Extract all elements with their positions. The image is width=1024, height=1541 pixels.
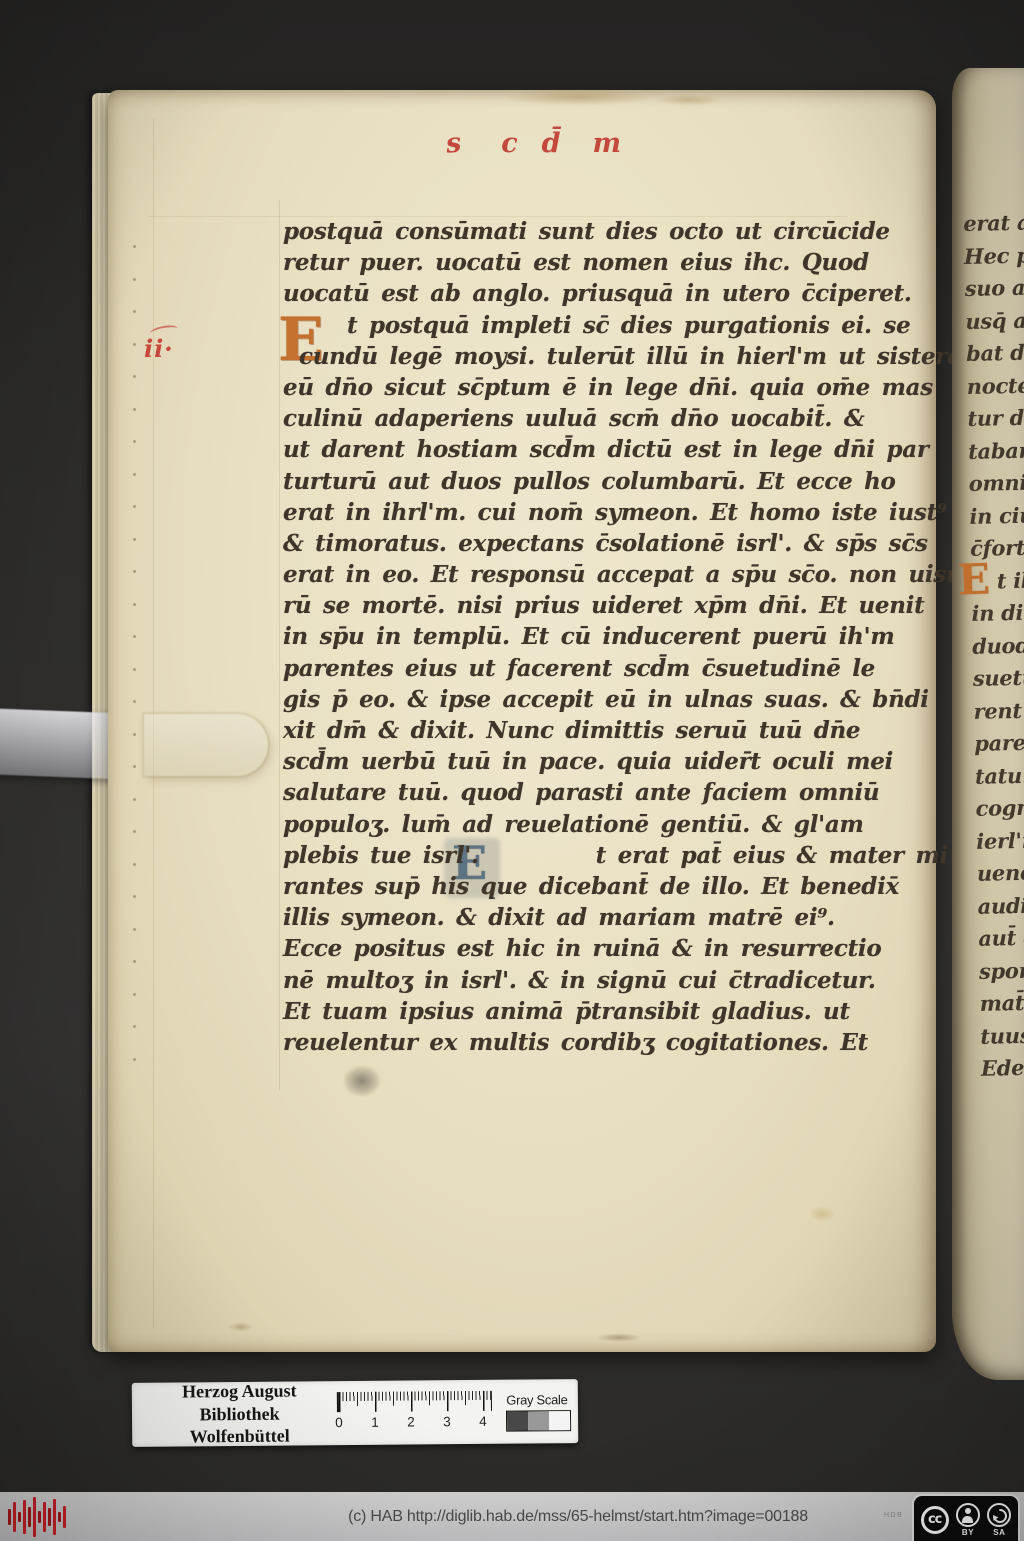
manuscript-line: parentes eius ut facerent scd̄m c̄suetud…	[283, 653, 931, 684]
prick-dot	[133, 603, 136, 606]
manuscript-line: plebis tue isrl'. t erat pat̄ eius & mat…	[283, 840, 931, 871]
manuscript-line: & timoratus. expectans c̄solationē isrl'…	[283, 528, 931, 559]
library-name-block: Herzog August Bibliothek Wolfenbüttel	[146, 1379, 334, 1448]
prick-dot	[133, 700, 136, 703]
prick-dot	[133, 765, 136, 768]
rubric-letter: m	[593, 128, 622, 159]
watermark-text: HDB	[884, 1512, 903, 1519]
library-name: Herzog August Bibliothek	[146, 1379, 333, 1426]
sliver-line: uener̄t illū	[977, 856, 1024, 890]
prick-dot	[133, 310, 136, 313]
sliver-line: ierl'm requi	[976, 824, 1024, 858]
prick-dot	[133, 993, 136, 996]
sliver-line: duodecim.	[972, 629, 1024, 663]
manuscript-line: t postquā impleti sc̄ dies purgationis e…	[283, 310, 931, 341]
sliver-line: tabant r	[968, 434, 1024, 468]
prick-dot	[133, 960, 136, 963]
manuscript-line: turturū aut duos pullos columbarū. Et ec…	[283, 466, 931, 497]
manuscript-line: postquā consūmati sunt dies octo ut circ…	[283, 216, 931, 247]
sliver-initial-e: E	[957, 557, 991, 602]
prick-dot	[133, 408, 136, 411]
prick-dot	[133, 473, 136, 476]
manuscript-line: cundū legē moysi. tulerūt illū in hierl'…	[283, 341, 931, 372]
ink-smudge	[344, 1066, 380, 1096]
manuscript-line: erat in eo. Et responsū accepat a sp̄u s…	[283, 559, 931, 590]
sliver-text: erat anHec pcelsuo annusq̄ adabat de ten…	[963, 206, 1024, 1085]
rubric-letter: d̄	[542, 128, 561, 159]
manuscript-line: scd̄m uerbū tuū in pace. quia uider̄t oc…	[283, 746, 931, 777]
stain	[228, 1322, 254, 1332]
sliver-line: audientē ill	[977, 889, 1024, 923]
manuscript-line: erat in ihrl'm. cui nom̄ symeon. Et homo…	[283, 497, 931, 528]
prick-dot	[133, 375, 136, 378]
sliver-line: Edest quod m	[981, 1051, 1024, 1085]
right-page-sliver: erat anHec pcelsuo annusq̄ adabat de ten…	[952, 68, 1024, 1380]
prick-dot	[133, 1025, 136, 1028]
prick-dot	[133, 830, 136, 833]
ruler-ticks	[337, 1391, 492, 1412]
manuscript-line: uocatū est ab anglo. priusquā in utero c…	[283, 278, 931, 309]
manuscript-line: illis symeon. & dixit ad mariam matrē ei…	[283, 902, 931, 933]
manuscript-line: gis p̄ eo. & ipse accepit eū in ulnas su…	[283, 684, 931, 715]
photo-background: scd̄m ii· E E postquā consūmati sunt die…	[0, 0, 1024, 1541]
strip-emboss	[144, 714, 268, 776]
footer-bar: (c) HAB http://diglib.hab.de/mss/65-helm…	[0, 1492, 1024, 1541]
manuscript-line: Et tuam ipsius animā p̄transibit gladius…	[283, 996, 931, 1027]
stain	[656, 94, 722, 106]
manuscript-line: in sp̄u in templū. Et cū inducerent puer…	[283, 621, 931, 652]
calibration-label: Herzog August Bibliothek Wolfenbüttel 01…	[132, 1379, 579, 1447]
sa-arrow-icon	[987, 1503, 1011, 1527]
prick-dot	[133, 538, 136, 541]
manuscript-line: Ecce positus est hic in ruinā & in resur…	[283, 933, 931, 964]
prick-dot	[133, 798, 136, 801]
sliver-line: mat̄ eius ad i	[979, 986, 1024, 1020]
sliver-line: nocte acci	[966, 369, 1024, 403]
manuscript-line: xit dm̄ & dixit. Nunc dimittis seruū tuū…	[283, 715, 931, 746]
rubric: scd̄m	[446, 128, 621, 159]
prick-dot	[133, 668, 136, 671]
prick-dot	[133, 245, 136, 248]
cc-icon: cc	[921, 1506, 949, 1534]
stain	[504, 88, 654, 106]
manuscript-line: retur puer. uocatū est nomen eius ihc. Q…	[283, 247, 931, 278]
prick-dot	[133, 440, 136, 443]
manuscript-line: rantes sup̄ his que dicebant̄ de illo. E…	[283, 871, 931, 902]
sliver-line: tuus & ego. d	[980, 1019, 1024, 1053]
by-label: BY	[962, 1528, 974, 1537]
grayscale-patch	[549, 1411, 570, 1430]
grayscale-patch	[528, 1411, 549, 1430]
copyright-wrap: (c) HAB http://diglib.hab.de/mss/65-helm…	[0, 1492, 1024, 1541]
grayscale-patch	[507, 1411, 528, 1430]
sliver-line: aut̄ om̄s qui	[978, 921, 1024, 955]
manuscript-line: eū dn̄o sicut sc̄ptum ē in lege dn̄i. qu…	[283, 372, 931, 403]
ruler-number: 1	[371, 1415, 379, 1430]
copyright-text: (c) HAB http://diglib.hab.de/mss/65-helm…	[348, 1492, 808, 1541]
sliver-line: rent reman	[973, 694, 1024, 728]
sliver-line: sponsis eius.	[979, 954, 1024, 988]
sliver-line: suo ann	[964, 271, 1024, 305]
ruler-number: 4	[479, 1414, 487, 1429]
by-person-icon	[956, 1503, 980, 1527]
prick-dot	[133, 928, 136, 931]
ruler-numbers: 01234	[337, 1414, 497, 1433]
sliver-line: omnia sc	[968, 466, 1024, 500]
sliver-line: cognatos &	[975, 791, 1024, 825]
manuscript-text: postquā consūmati sunt dies octo ut circ…	[283, 216, 931, 1058]
sliver-line: bat de te	[966, 336, 1024, 370]
ruler: 01234	[337, 1388, 499, 1437]
ruler-number: 3	[443, 1414, 451, 1429]
sliver-line: tur dn̄o.	[967, 401, 1024, 435]
sliver-line: parentes eu	[974, 726, 1024, 760]
manuscript-line: populoʒ. lum̄ ad reuelationē gentiū. & g…	[283, 809, 931, 840]
sliver-line: Hec pcel	[964, 239, 1024, 273]
stain	[808, 1206, 836, 1222]
sliver-line: erat an	[963, 206, 1024, 240]
prick-dot	[133, 343, 136, 346]
rubric-letter: c	[501, 128, 517, 159]
manuscript-page: scd̄m ii· E E postquā consūmati sunt die…	[108, 90, 936, 1352]
sliver-line: suetudinē	[973, 661, 1024, 695]
stain	[596, 1333, 642, 1342]
sa-label: SA	[993, 1528, 1005, 1537]
prick-dots	[133, 245, 136, 1061]
sliver-line: usq̄ ada	[965, 304, 1024, 338]
grayscale-label: Gray Scale	[506, 1392, 578, 1408]
manuscript-line: culinū adaperiens uuluā scm̄ dn̄o uocabi…	[283, 403, 931, 434]
prick-dot	[133, 863, 136, 866]
prick-dot	[133, 733, 136, 736]
manuscript-line: nē multoʒ in isrl'. & in signū cui c̄tra…	[283, 965, 931, 996]
prick-dot	[133, 278, 136, 281]
cc-badge: cc BY SA	[912, 1494, 1020, 1541]
manuscript-line: ut darent hostiam scd̄m dictū est in leg…	[283, 434, 931, 465]
prick-dot	[133, 635, 136, 638]
manuscript-line: rū se mortē. nisi prius uideret xp̄m dn̄…	[283, 590, 931, 621]
manuscript-line: reuelentur ex multis cordibʒ cogitatione…	[283, 1027, 931, 1058]
grayscale-patches	[506, 1410, 571, 1432]
prick-dot	[133, 1058, 136, 1061]
sliver-line: in ciuitatē	[969, 499, 1024, 533]
prick-dot	[133, 570, 136, 573]
prick-dot	[133, 505, 136, 508]
margin-numeral: ii·	[144, 334, 174, 363]
grayscale-block: Gray Scale	[506, 1392, 578, 1432]
prick-dot	[133, 895, 136, 898]
ruler-number: 2	[407, 1414, 415, 1429]
library-city: Wolfenbüttel	[146, 1424, 333, 1448]
rubric-letter: s	[444, 127, 462, 159]
manuscript-line: salutare tuū. quod parasti ante faciem o…	[283, 777, 931, 808]
sliver-line: tatu. uener	[975, 759, 1024, 793]
ruler-number: 0	[335, 1415, 343, 1430]
